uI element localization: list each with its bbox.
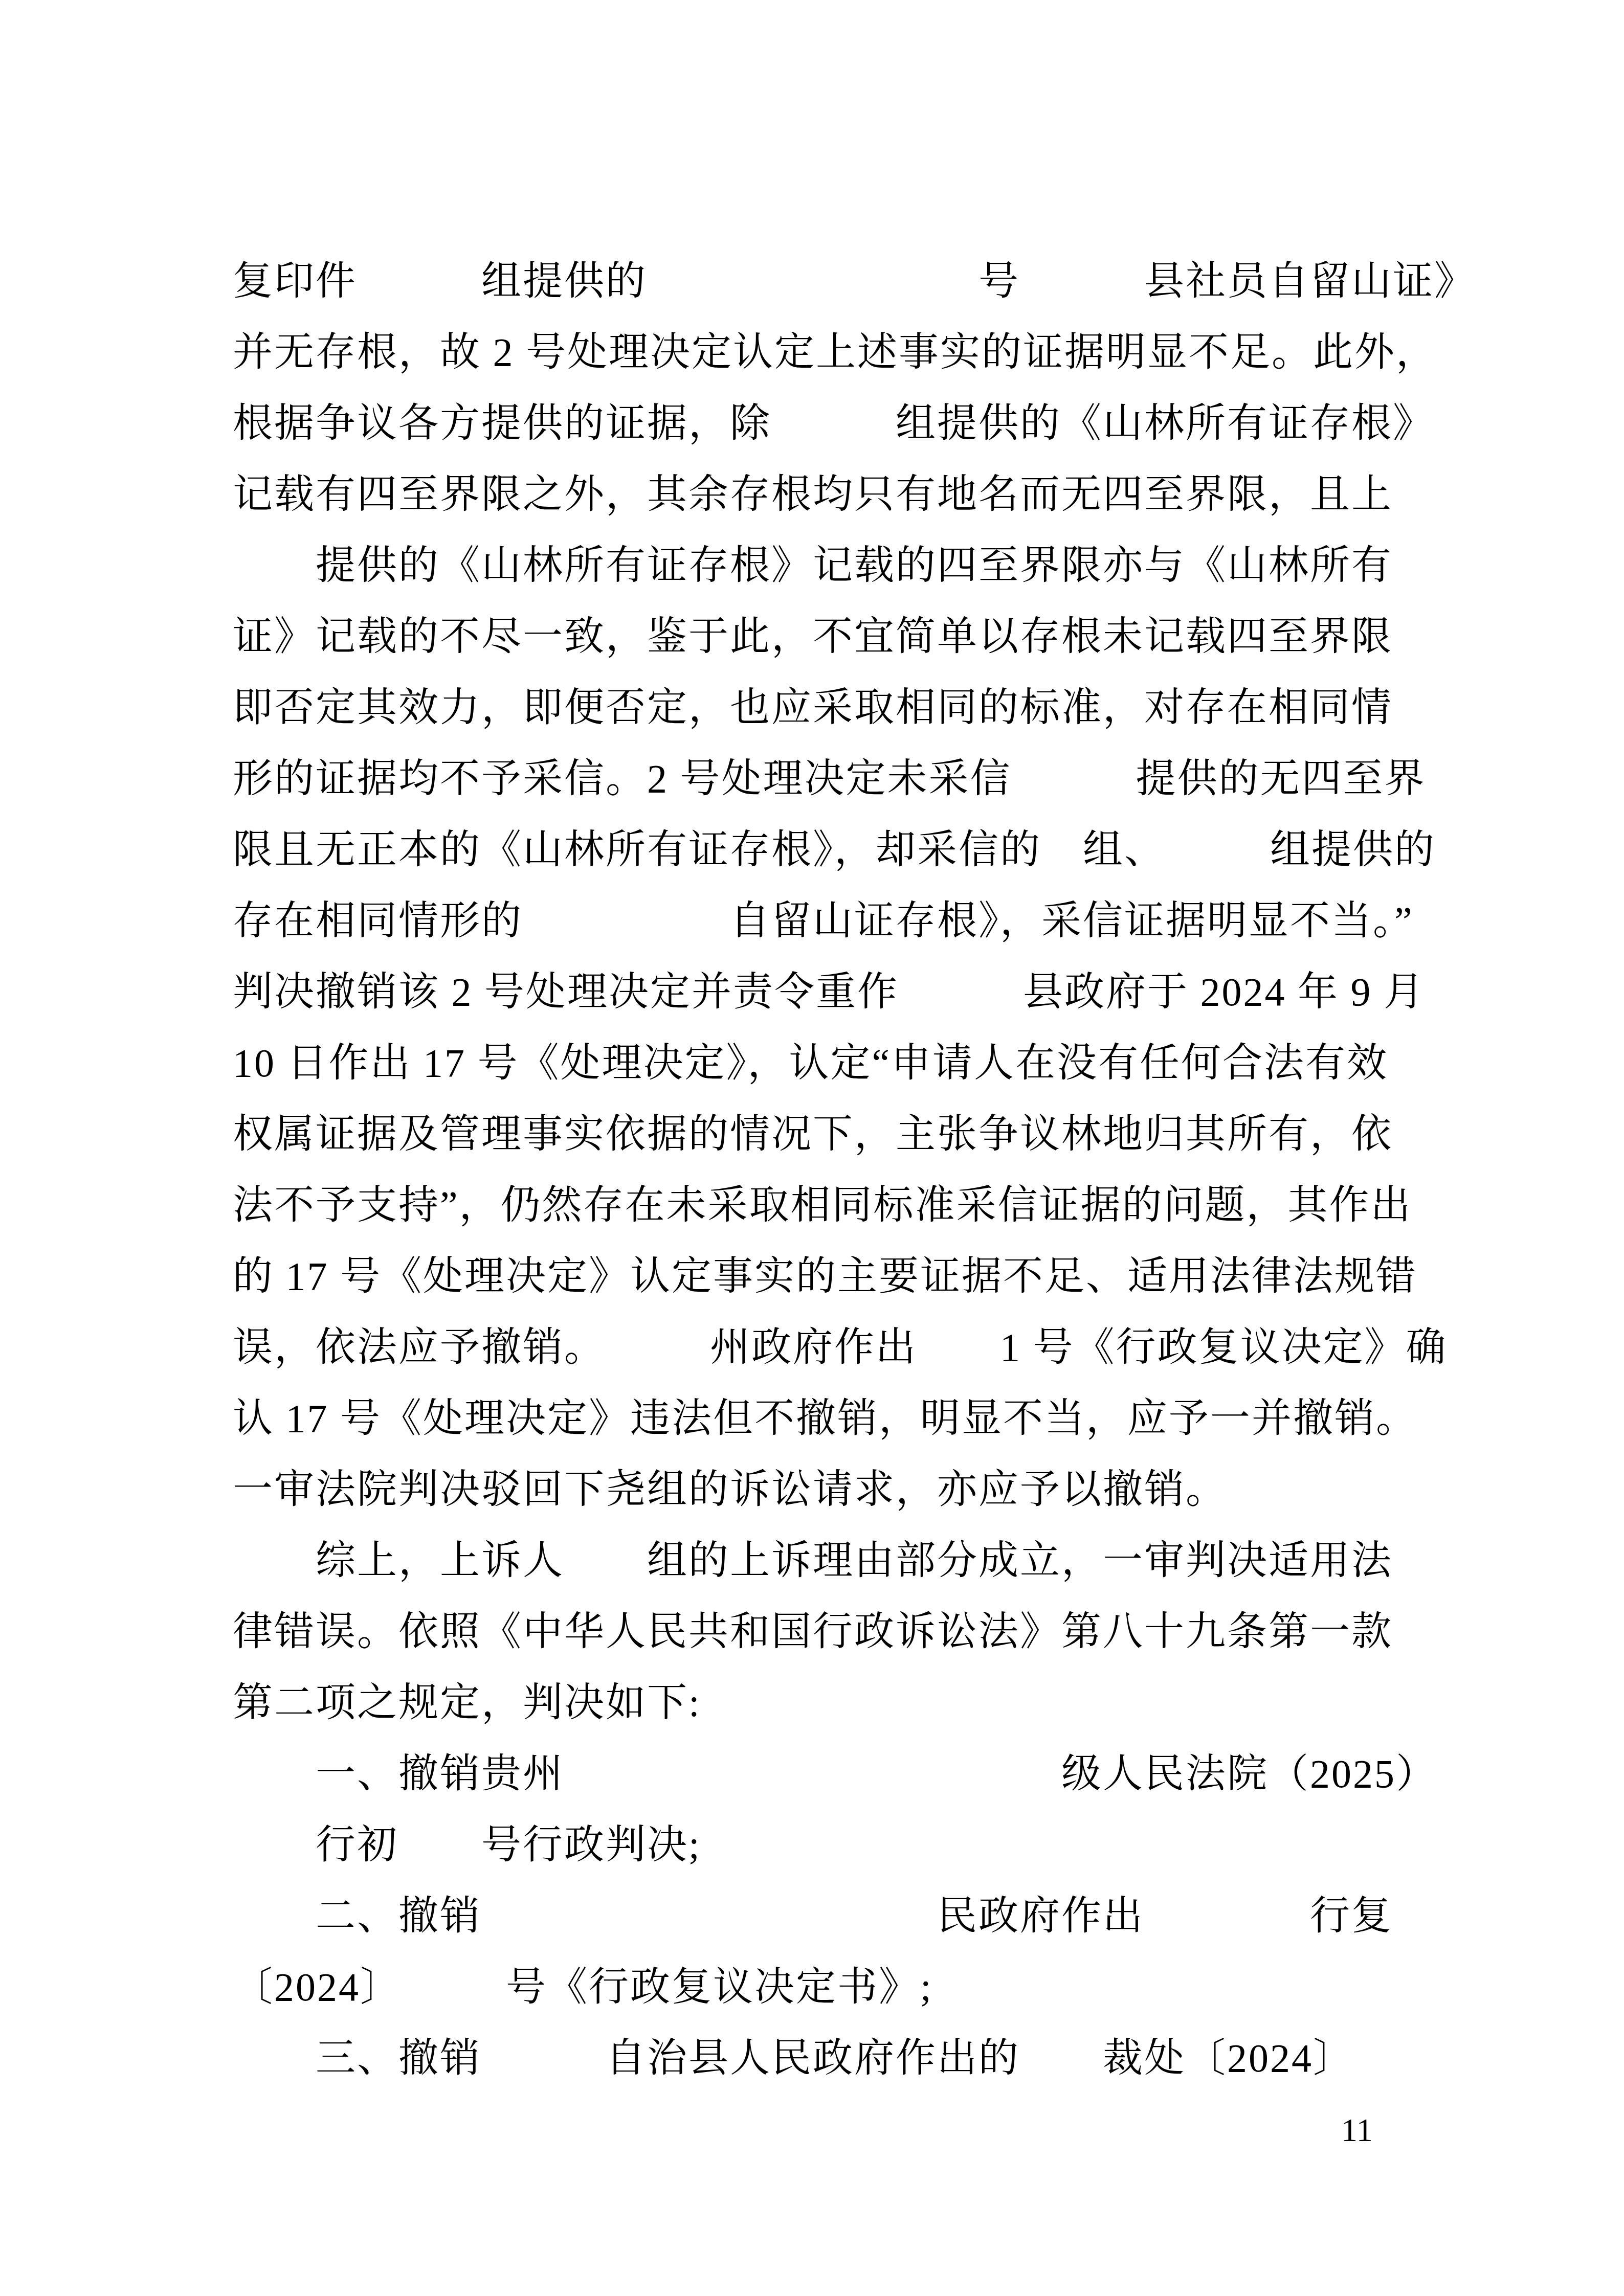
text-line: 误，依法应予撤销。 州政府作出 1 号《行政复议决定》确: [233, 1312, 1486, 1383]
text-line: 限且无正本的《山林所有证存根》，却采信的 组、 组提供的: [233, 814, 1486, 885]
text-line: 并无存根，故 2 号处理决定认定上述事实的证据明显不足。此外，: [233, 317, 1486, 388]
text-line: 即否定其效力，即便否定，也应采取相同的标准，对存在相同情: [233, 672, 1486, 743]
document-page: 复印件 组提供的 号 县社员自留山证》 并无存根，故 2 号处理决定认定上述事实…: [0, 0, 1624, 2296]
text-line: 律错误。依照《中华人民共和国行政诉讼法》第八十九条第一款: [233, 1596, 1486, 1667]
text-line: 10 日作出 17 号《处理决定》，认定“申请人在没有任何合法有效: [233, 1027, 1486, 1098]
text-line: 复印件 组提供的 号 县社员自留山证》: [233, 245, 1486, 317]
text-line: 三、撤销 自治县人民政府作出的 裁处〔2024〕: [233, 2022, 1486, 2094]
body-text: 复印件 组提供的 号 县社员自留山证》 并无存根，故 2 号处理决定认定上述事实…: [233, 245, 1486, 2094]
text-line: 记载有四至界限之外，其余存根均只有地名而无四至界限，且上: [233, 459, 1486, 530]
text-line: 存在相同情形的 自留山证存根》，采信证据明显不当。”: [233, 885, 1486, 956]
text-line: 第二项之规定，判决如下:: [233, 1667, 1486, 1738]
text-line: 提供的《山林所有证存根》记载的四至界限亦与《山林所有: [233, 530, 1486, 601]
text-line: 二、撤销 民政府作出 行复: [233, 1880, 1486, 1951]
text-line: 综上，上诉人 组的上诉理由部分成立，一审判决适用法: [233, 1525, 1486, 1596]
text-line: 证》记载的不尽一致，鉴于此，不宜简单以存根未记载四至界限: [233, 601, 1486, 672]
text-line: 判决撤销该 2 号处理决定并责令重作 县政府于 2024 年 9 月: [233, 956, 1486, 1027]
text-line: 〔2024〕 号《行政复议决定书》;: [233, 1951, 1486, 2022]
text-line: 根据争议各方提供的证据，除 组提供的《山林所有证存根》: [233, 388, 1486, 459]
page-number: 11: [1341, 2111, 1373, 2150]
text-line: 权属证据及管理事实依据的情况下，主张争议林地归其所有，依: [233, 1098, 1486, 1169]
text-line: 行初 号行政判决;: [233, 1809, 1486, 1880]
text-line: 的 17 号《处理决定》认定事实的主要证据不足、适用法律法规错: [233, 1241, 1486, 1312]
text-line: 形的证据均不予采信。2 号处理决定未采信 提供的无四至界: [233, 743, 1486, 814]
text-line: 一审法院判决驳回下尧组的诉讼请求，亦应予以撤销。: [233, 1454, 1486, 1525]
text-line: 认 17 号《处理决定》违法但不撤销，明显不当，应予一并撤销。: [233, 1383, 1486, 1454]
text-line: 一、撤销贵州 级人民法院（2025）: [233, 1738, 1486, 1809]
text-line: 法不予支持”，仍然存在未采取相同标准采信证据的问题，其作出: [233, 1169, 1486, 1241]
